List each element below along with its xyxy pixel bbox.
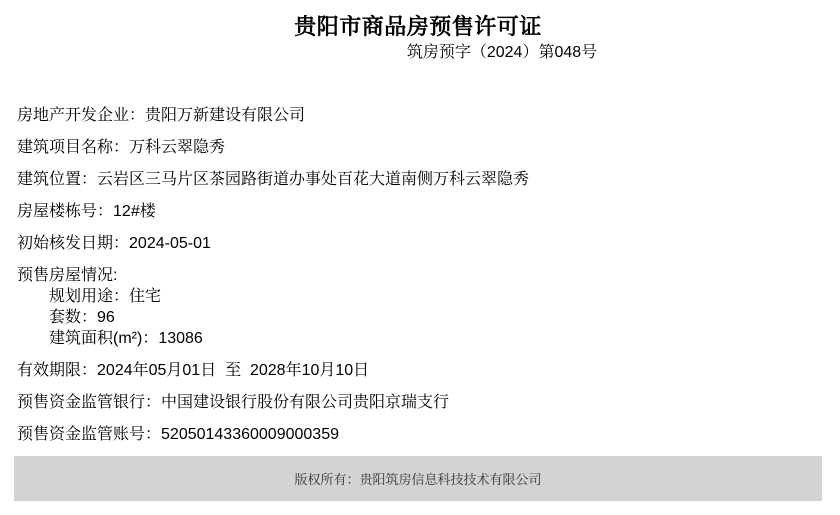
field-supervision-bank-label: 预售资金监管银行：	[17, 394, 161, 411]
field-project-name: 建筑项目名称：万科云翠隐秀	[17, 137, 822, 158]
presale-detail-planned-use-label: 规划用途：	[49, 288, 129, 305]
field-location-label: 建筑位置：	[17, 171, 97, 188]
page-title: 贵阳市商品房预售许可证	[14, 14, 822, 40]
presale-details-group: 预售房屋情况: 规划用途：住宅 套数：96 建筑面积(m²)：13086	[17, 265, 822, 349]
field-initial-issue-date-label: 初始核发日期：	[17, 235, 129, 252]
field-validity-label: 有效期限：	[17, 362, 97, 379]
presale-detail-planned-use-value: 住宅	[129, 288, 161, 305]
presale-detail-unit-count: 套数：96	[17, 307, 822, 328]
field-supervision-bank: 预售资金监管银行：中国建设银行股份有限公司贵阳京瑞支行	[17, 392, 822, 413]
field-project-name-value: 万科云翠隐秀	[129, 139, 225, 156]
field-validity: 有效期限：2024年05月01日 至 2028年10月10日	[17, 360, 822, 381]
field-supervision-account-value: 52050143360009000359	[161, 426, 339, 443]
presale-detail-floor-area-value: 13086	[158, 330, 203, 347]
field-developer-value: 贵阳万新建设有限公司	[145, 107, 305, 124]
field-validity-value: 2024年05月01日 至 2028年10月10日	[97, 362, 369, 379]
document-body: 房地产开发企业：贵阳万新建设有限公司 建筑项目名称：万科云翠隐秀 建筑位置：云岩…	[14, 105, 822, 445]
presale-detail-unit-count-label: 套数：	[49, 309, 97, 326]
presale-details-heading: 预售房屋情况:	[17, 265, 822, 286]
field-building-no: 房屋楼栋号：12#楼	[17, 201, 822, 222]
field-location-value: 云岩区三马片区茶园路街道办事处百花大道南侧万科云翠隐秀	[97, 171, 529, 188]
field-supervision-account-label: 预售资金监管账号：	[17, 426, 161, 443]
presale-detail-unit-count-value: 96	[97, 309, 115, 326]
document-number: 筑房预字（2024）第048号	[98, 42, 840, 63]
permit-document: 贵阳市商品房预售许可证 筑房预字（2024）第048号 房地产开发企业：贵阳万新…	[14, 0, 822, 501]
field-initial-issue-date: 初始核发日期：2024-05-01	[17, 233, 822, 254]
field-building-no-label: 房屋楼栋号：	[17, 203, 113, 220]
field-developer: 房地产开发企业：贵阳万新建设有限公司	[17, 105, 822, 126]
field-supervision-account: 预售资金监管账号：52050143360009000359	[17, 424, 822, 445]
copyright-text: 版权所有：贵阳筑房信息科技技术有限公司	[294, 469, 541, 488]
presale-detail-planned-use: 规划用途：住宅	[17, 286, 822, 307]
field-initial-issue-date-value: 2024-05-01	[129, 235, 211, 252]
footer-bar: 版权所有：贵阳筑房信息科技技术有限公司	[14, 456, 822, 501]
document-header: 贵阳市商品房预售许可证 筑房预字（2024）第048号	[14, 0, 822, 63]
presale-detail-floor-area-label: 建筑面积(m²)：	[49, 330, 158, 347]
field-project-name-label: 建筑项目名称：	[17, 139, 129, 156]
presale-detail-floor-area: 建筑面积(m²)：13086	[17, 328, 822, 349]
field-supervision-bank-value: 中国建设银行股份有限公司贵阳京瑞支行	[161, 394, 449, 411]
field-building-no-value: 12#楼	[113, 203, 156, 220]
field-developer-label: 房地产开发企业：	[17, 107, 145, 124]
field-location: 建筑位置：云岩区三马片区茶园路街道办事处百花大道南侧万科云翠隐秀	[17, 169, 822, 190]
